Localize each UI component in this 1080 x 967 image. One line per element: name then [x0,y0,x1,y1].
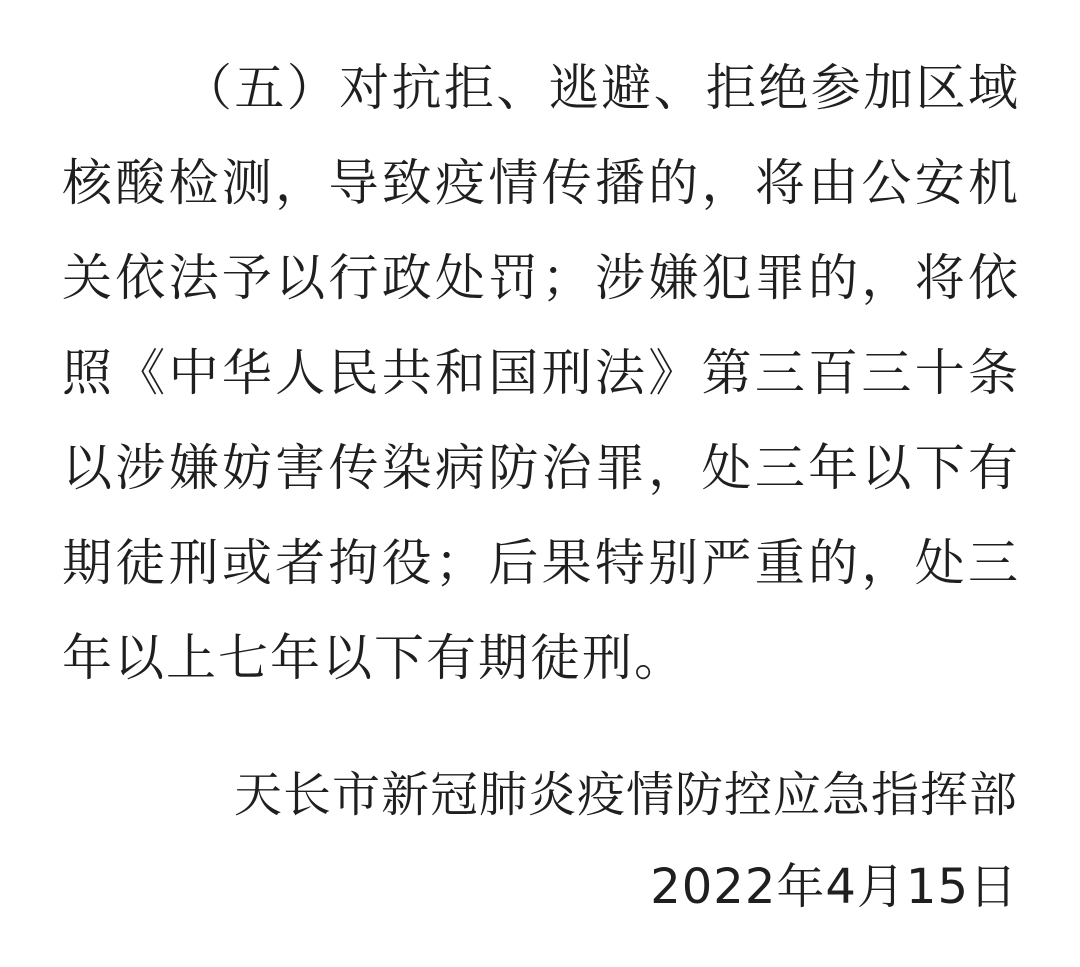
issuer-signature: 天长市新冠肺炎疫情防控应急指挥部 [234,748,1018,843]
paragraph-line-1: （五）对抗拒、逃避、拒绝参加区域 [62,41,1020,136]
paragraph-line-5: 以涉嫌妨害传染病防治罪，处三年以下有 [62,421,1020,516]
paragraph-line-3: 关依法予以行政处罚；涉嫌犯罪的，将依 [62,231,1020,326]
issue-date: 2022年4月15日 [650,840,1018,935]
paragraph-line-2: 核酸检测，导致疫情传播的，将由公安机 [62,136,1020,231]
paragraph-line-6: 期徒刑或者拘役；后果特别严重的，处三 [62,516,1020,611]
paragraph-line-7: 年以上七年以下有期徒刑。 [62,611,1020,706]
paragraph-line-4: 照《中华人民共和国刑法》第三百三十条 [62,326,1020,421]
